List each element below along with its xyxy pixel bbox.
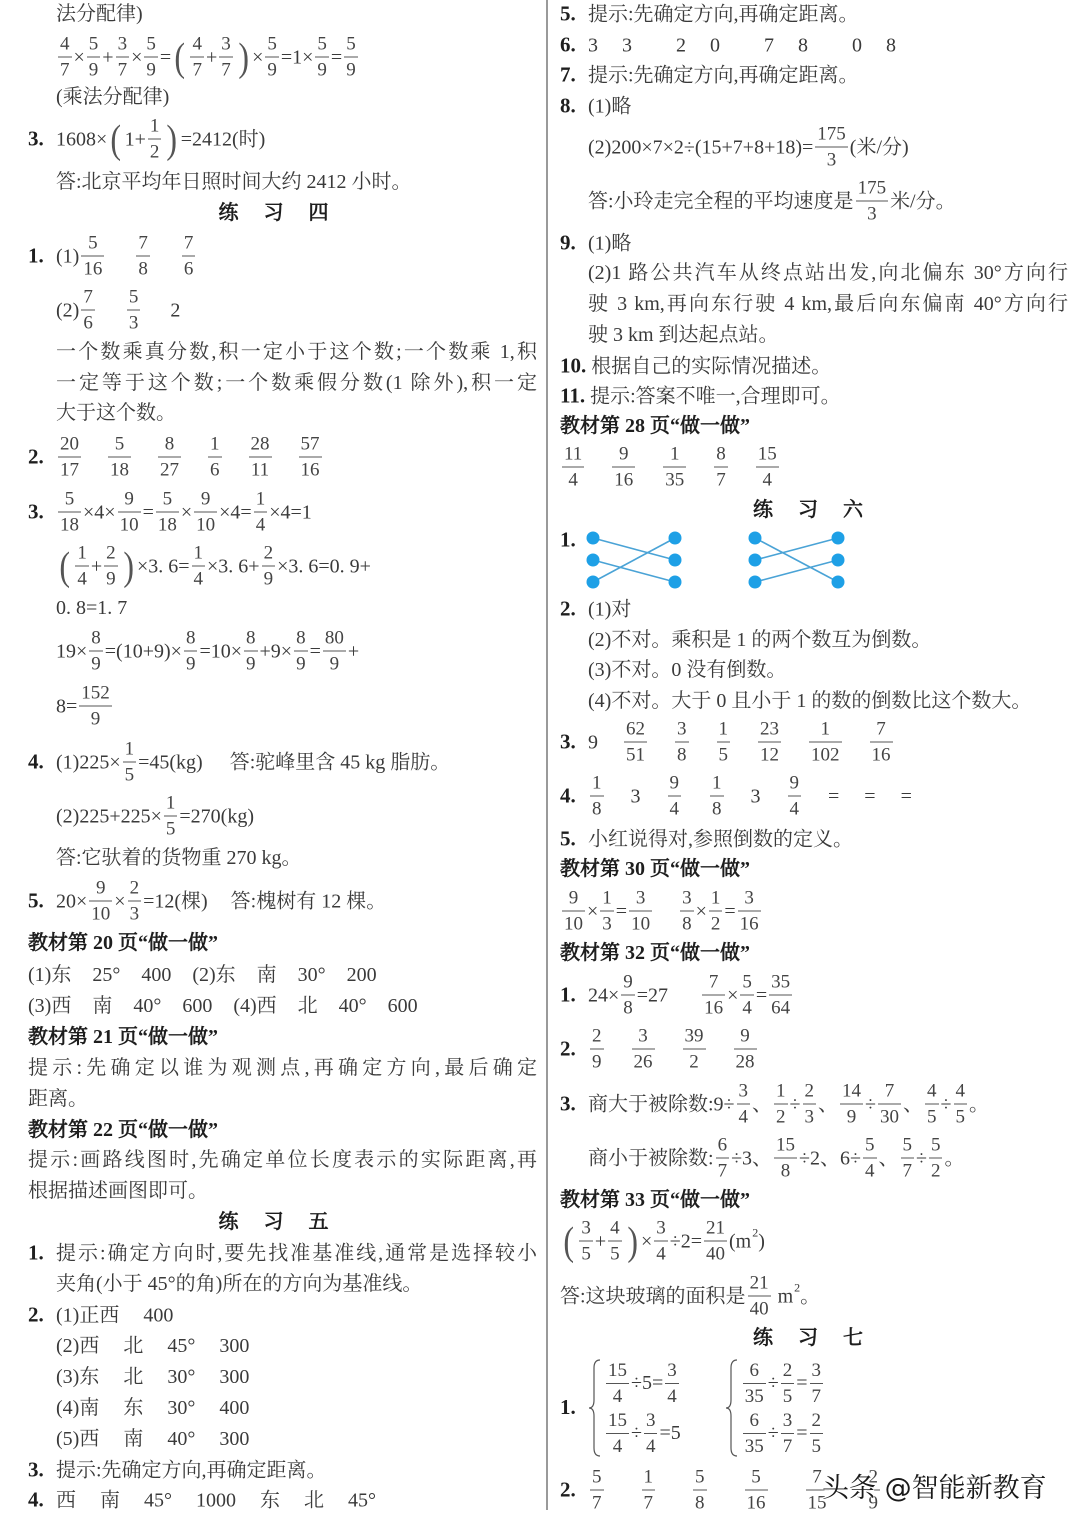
exercise-heading: 练 习 五 bbox=[219, 1210, 329, 1234]
text: ÷ bbox=[631, 1421, 642, 1445]
answer-item: 827 bbox=[156, 435, 183, 480]
text: 答:它驮着的货物重 270 kg。 bbox=[56, 846, 302, 870]
fraction: 58 bbox=[693, 1468, 707, 1513]
text: ÷3、 bbox=[731, 1146, 772, 1170]
numerator: 39 bbox=[683, 1027, 706, 1050]
denominator: 16 bbox=[745, 1491, 768, 1513]
answer-body: 8=1529 bbox=[56, 684, 114, 729]
answer-body: 答:它驮着的货物重 270 kg。 bbox=[56, 846, 302, 870]
denominator: 10 bbox=[562, 912, 585, 934]
item-number: 1. bbox=[560, 982, 588, 1007]
text: = bbox=[828, 784, 839, 808]
answer-body: 910×13=31038×12=316 bbox=[560, 889, 763, 934]
fraction: 89 bbox=[184, 629, 198, 674]
text: ÷2、6÷ bbox=[799, 1146, 861, 1170]
denominator: 40 bbox=[704, 1242, 727, 1264]
answer-line: (1)东25°400(2)东南30°200 bbox=[28, 963, 377, 987]
fraction: 516 bbox=[81, 234, 104, 279]
system-row: 635÷37=25 bbox=[741, 1410, 825, 1456]
numerator: 5 bbox=[929, 1136, 943, 1159]
fraction: 37 bbox=[810, 1361, 824, 1406]
text: 东 bbox=[123, 1396, 143, 1420]
text: 提示:先确定方向,再确定距离。 bbox=[588, 2, 859, 26]
numerator: 1 bbox=[709, 889, 723, 912]
answer-body: 距离。 bbox=[28, 1087, 88, 1111]
fraction: 154 bbox=[606, 1361, 629, 1406]
answer-item: 40° bbox=[133, 994, 161, 1018]
numerator: 7 bbox=[702, 973, 725, 996]
denominator: 35 bbox=[663, 468, 686, 490]
text: 北 bbox=[123, 1334, 143, 1358]
text: 答:这块玻璃的面积是 bbox=[560, 1284, 746, 1308]
text: 1+ bbox=[125, 127, 146, 151]
answer-body: (1)对 bbox=[588, 597, 631, 621]
answer-item: 24×98=27 bbox=[588, 973, 668, 1018]
match-dot bbox=[587, 576, 600, 589]
fraction: 635 bbox=[743, 1361, 766, 1406]
question-2: 2.(1)正西400 bbox=[28, 1302, 173, 1327]
answer-item: 夹角(小于 45°的角)所在的方向为基准线。 bbox=[56, 1272, 422, 1296]
numerator: 35 bbox=[769, 973, 792, 996]
text: = bbox=[143, 500, 154, 524]
answer-item: 400 bbox=[143, 1303, 173, 1327]
numerator: 2 bbox=[781, 1361, 795, 1384]
answer-item: 1608×(1+12)=2412(时) bbox=[56, 117, 265, 162]
fraction: 54 bbox=[740, 973, 754, 1018]
watermark: 头条 @智能新教育 bbox=[822, 1466, 1047, 1505]
answer-item: 0. 8=1. 7 bbox=[56, 596, 127, 620]
denominator: 2 bbox=[774, 1105, 788, 1127]
match-dot bbox=[669, 576, 682, 589]
denominator: 3 bbox=[856, 202, 889, 224]
answer-body: 1608×(1+12)=2412(时) bbox=[56, 117, 265, 162]
numerator: 1 bbox=[600, 889, 614, 912]
text: (4)西 bbox=[233, 994, 276, 1018]
text: (1)225× bbox=[56, 750, 121, 774]
answer-item: = bbox=[828, 784, 839, 808]
text: 400 bbox=[219, 1396, 249, 1420]
text: 7 8 bbox=[764, 33, 808, 57]
text: 提示:先确定方向,再确定距离。 bbox=[56, 1458, 327, 1482]
fraction: 13 bbox=[600, 889, 614, 934]
denominator: 9 bbox=[294, 652, 308, 674]
answer-item: 45° bbox=[348, 1488, 376, 1512]
text: 提示:先确定以谁为观测点,再确定方向,最后确定 bbox=[28, 1057, 537, 1079]
fraction: 47 bbox=[58, 35, 72, 80]
match-link bbox=[593, 560, 675, 582]
equation-line: 0. 8=1. 7 bbox=[56, 596, 127, 620]
matching-diagrams bbox=[580, 525, 860, 595]
answer-item: 南 bbox=[100, 1488, 120, 1512]
fraction: 716 bbox=[870, 720, 893, 765]
text: (2)200×7×2÷(15+7+8+18)= bbox=[588, 135, 813, 159]
text: m bbox=[773, 1284, 794, 1308]
answer-item: (1)225×15=45(kg) bbox=[56, 740, 203, 785]
text: 。 bbox=[944, 1146, 964, 1170]
item-number: 6. bbox=[560, 32, 588, 57]
answer-item: 2 0 bbox=[676, 33, 720, 57]
fraction: 53 bbox=[127, 288, 141, 333]
numerator: 15 bbox=[774, 1136, 797, 1159]
text: 19× bbox=[56, 639, 87, 663]
fraction: 1753 bbox=[856, 179, 889, 224]
numerator: 4 bbox=[608, 1219, 622, 1242]
text: × bbox=[587, 899, 598, 923]
fraction: 15 bbox=[164, 794, 178, 839]
fraction: 392 bbox=[683, 1027, 706, 1072]
fraction: 37 bbox=[219, 35, 233, 80]
fraction: 12 bbox=[709, 889, 723, 934]
text: 0. 8=1. 7 bbox=[56, 596, 127, 620]
answer-body: (1)225×15=45(kg)答:驼峰里含 45 kg 脂肪。 bbox=[56, 740, 450, 785]
equation-line: 8=1529 bbox=[56, 684, 114, 729]
denominator: 9 bbox=[244, 652, 258, 674]
text: 20× bbox=[56, 889, 87, 913]
numerator: 1 bbox=[774, 1082, 788, 1105]
match-dot bbox=[832, 532, 845, 545]
text: 400 bbox=[141, 963, 171, 987]
denominator: 16 bbox=[299, 458, 322, 480]
answer-item: 30° bbox=[298, 963, 326, 987]
equation-line: 47×59+37×59=(47+37)×59=1×59=59 bbox=[56, 35, 360, 80]
answer-item: 提示:画路线图时,先确定单位长度表示的实际距离,再 bbox=[28, 1149, 537, 1171]
text: ×3. 6+ bbox=[207, 554, 260, 578]
answer-item: 40° bbox=[339, 994, 367, 1018]
denominator: 6 bbox=[208, 458, 222, 480]
denominator: 35 bbox=[743, 1384, 766, 1406]
answer-item: (1)东 bbox=[28, 963, 71, 987]
denominator: 8 bbox=[710, 797, 724, 819]
item-number: 3. bbox=[28, 499, 56, 524]
denominator: 7 bbox=[810, 1384, 824, 1406]
text: = bbox=[796, 1371, 807, 1395]
text: 一个数乘真分数,积一定小于这个数;一个数乘 1,积 bbox=[56, 341, 537, 363]
text: 根据描述画图即可。 bbox=[28, 1179, 208, 1203]
superscript: 2 bbox=[752, 1226, 758, 1240]
numerator: 175 bbox=[815, 125, 848, 148]
text: 北 bbox=[123, 1365, 143, 1389]
answer-item: 提示:先确定方向,再确定距离。 bbox=[588, 63, 859, 87]
answer-item: 提示:先确定方向,再确定距离。 bbox=[588, 2, 859, 26]
denominator: 5 bbox=[123, 763, 137, 785]
text: 30° bbox=[298, 963, 326, 987]
answer-item: 根据描述画图即可。 bbox=[28, 1179, 208, 1203]
denominator: 8 bbox=[680, 912, 694, 934]
answer-item: 一定等于这个数;一个数乘假分数(1 除外),积一定 bbox=[56, 372, 537, 394]
question-8: 8.(1)略 bbox=[560, 93, 631, 118]
numerator: 152 bbox=[79, 684, 112, 707]
answer-item: 3 bbox=[631, 784, 641, 808]
text: ÷2= bbox=[670, 1229, 702, 1253]
denominator: 16 bbox=[870, 743, 893, 765]
fraction: 809 bbox=[323, 629, 346, 674]
numerator: 1 bbox=[710, 774, 724, 797]
denominator: 5 bbox=[717, 743, 731, 765]
answer-line: (3)不对。0 没有倒数。 bbox=[588, 658, 786, 682]
text: 、 bbox=[879, 1146, 899, 1170]
answer-body: 小红说得对,参照倒数的定义。 bbox=[588, 827, 853, 851]
answer-item: 北 bbox=[304, 1488, 324, 1512]
answer-item: (1)正西 bbox=[56, 1303, 119, 1327]
text: 0 8 bbox=[852, 33, 896, 57]
answer-item: 驶 3 km,再向东行驶 4 km,最后向东偏南 40°方向行 bbox=[588, 293, 1068, 315]
text: 北 bbox=[298, 994, 318, 1018]
denominator: 5 bbox=[954, 1105, 968, 1127]
section-title-p21: 教材第 21 页“做一做” bbox=[28, 1025, 218, 1049]
numerator: 9 bbox=[788, 774, 802, 797]
answer-item: 南 bbox=[123, 1427, 143, 1451]
text: ÷ bbox=[768, 1421, 779, 1445]
text: =270(kg) bbox=[179, 804, 254, 828]
fraction: 1102 bbox=[809, 720, 842, 765]
text: 300 bbox=[219, 1334, 249, 1358]
denominator: 40 bbox=[748, 1297, 771, 1319]
question-1: 1.24×98=27716×54=3564 bbox=[560, 973, 794, 1018]
numerator: 3 bbox=[629, 889, 652, 912]
text: × bbox=[74, 45, 85, 69]
question-3: 3.商大于被除数:9÷34、12÷23、149÷730、45÷45。 bbox=[560, 1082, 989, 1127]
denominator: 8 bbox=[621, 996, 635, 1018]
denominator: 28 bbox=[734, 1050, 757, 1072]
text: (1)略 bbox=[588, 231, 631, 255]
answer-item: (35+45)×34÷2=2140(m2) bbox=[560, 1219, 765, 1264]
section-title-p32: 教材第 32 页“做一做” bbox=[560, 941, 750, 965]
match-dot bbox=[587, 532, 600, 545]
text: 西 bbox=[56, 1488, 76, 1512]
system-rows: 154÷5=34154÷34=5 bbox=[604, 1360, 681, 1456]
denominator: 9 bbox=[79, 707, 112, 729]
fraction: 518 bbox=[58, 490, 81, 535]
denominator: 5 bbox=[781, 1384, 795, 1406]
numerator: 2 bbox=[590, 1027, 604, 1050]
text: = bbox=[901, 784, 912, 808]
question-2: 2.29326392928 bbox=[560, 1027, 759, 1072]
fraction: 12 bbox=[148, 117, 162, 162]
numerator: 4 bbox=[954, 1082, 968, 1105]
answer-item: 94 bbox=[786, 774, 804, 819]
fraction: 635 bbox=[743, 1411, 766, 1456]
fraction: 14 bbox=[75, 544, 89, 589]
fraction: 154 bbox=[606, 1411, 629, 1456]
answer-item: 商大于被除数:9÷34、12÷23、149÷730、45÷45。 bbox=[588, 1082, 989, 1127]
answer-item: 9 bbox=[588, 730, 598, 754]
text: 南 bbox=[100, 1488, 120, 1512]
brace-icon bbox=[588, 1358, 602, 1458]
item-number: 5. bbox=[560, 1, 588, 26]
answer-line: (3)西南40°600(4)西北40°600 bbox=[28, 994, 418, 1018]
denominator: 7 bbox=[590, 1491, 604, 1513]
denominator: 5 bbox=[164, 817, 178, 839]
denominator: 9 bbox=[344, 58, 358, 80]
denominator: 7 bbox=[642, 1491, 656, 1513]
denominator: 9 bbox=[144, 58, 158, 80]
item-number: 11. bbox=[560, 383, 590, 408]
denominator: 5 bbox=[579, 1242, 593, 1264]
match-link bbox=[593, 538, 675, 560]
exercise-5-heading: 练 习 五 bbox=[0, 1210, 547, 1234]
fraction: 15 bbox=[123, 740, 137, 785]
answer-line: (2)西北45°300 bbox=[56, 1334, 249, 1358]
numerator: 5 bbox=[740, 973, 754, 996]
answer-item: 根据自己的实际情况描述。 bbox=[591, 354, 831, 378]
item-number: 3. bbox=[28, 1457, 56, 1482]
answer-item: 北 bbox=[298, 994, 318, 1018]
answer-item: 916 bbox=[610, 445, 637, 490]
answer-body: 19×89=(10+9)×89=10×89+9×89=809+ bbox=[56, 629, 359, 674]
answer-body: 提示:答案不唯一,合理即可。 bbox=[590, 384, 841, 408]
denominator: 9 bbox=[87, 58, 101, 80]
fraction: 45 bbox=[608, 1219, 622, 1264]
numerator: 1 bbox=[717, 720, 731, 743]
answer-item: 驶 3 km 到达起点站。 bbox=[588, 323, 779, 347]
answer-line: 答:小玲走完全程的平均速度是1753米/分。 bbox=[588, 179, 956, 224]
answer-line: 11491613587154 bbox=[560, 445, 781, 490]
answer-item: 8=1529 bbox=[56, 684, 114, 729]
text: =2412(时) bbox=[181, 127, 266, 151]
numerator: 3 bbox=[644, 1411, 658, 1434]
match-dot bbox=[669, 532, 682, 545]
answer-body: 47×59+37×59=(47+37)×59=1×59=59 bbox=[56, 35, 360, 80]
denominator: 8 bbox=[774, 1159, 797, 1181]
denominator: 4 bbox=[606, 1434, 629, 1456]
fraction: 47 bbox=[190, 35, 204, 80]
answer-item: = bbox=[901, 784, 912, 808]
answer-item: 答:槐树有 12 棵。 bbox=[231, 889, 387, 913]
fraction: 516 bbox=[745, 1468, 768, 1513]
answer-body: 提示:先确定方向,再确定距离。 bbox=[588, 2, 859, 26]
text: × bbox=[696, 899, 707, 923]
question-7: 7.提示:先确定方向,再确定距离。 bbox=[560, 62, 859, 87]
fraction: 1753 bbox=[815, 125, 848, 170]
answer-line: 大于这个数。 bbox=[56, 401, 176, 425]
denominator: 9 bbox=[323, 652, 346, 674]
answer-item: 716×54=3564 bbox=[700, 973, 794, 1018]
denominator: 18 bbox=[58, 513, 81, 535]
equation-system: 635÷25=37635÷37=25 bbox=[725, 1358, 825, 1458]
answer-item: 392 bbox=[681, 1027, 708, 1072]
numerator: 5 bbox=[58, 490, 81, 513]
system-rows: 635÷25=37635÷37=25 bbox=[741, 1360, 825, 1456]
numerator: 2 bbox=[810, 1411, 824, 1434]
text: (5)西 bbox=[56, 1427, 99, 1451]
text: × bbox=[181, 500, 192, 524]
denominator: 7 bbox=[714, 468, 728, 490]
text: 商小于被除数: bbox=[588, 1146, 714, 1170]
equation-line: (35+45)×34÷2=2140(m2) bbox=[560, 1219, 765, 1264]
answer-item: 东 bbox=[123, 1396, 143, 1420]
fraction: 45 bbox=[925, 1082, 939, 1127]
fraction: 37 bbox=[781, 1411, 795, 1456]
answer-item: 提示:先确定方向,再确定距离。 bbox=[56, 1458, 327, 1482]
numerator: 9 bbox=[734, 1027, 757, 1050]
hint-line: 根据描述画图即可。 bbox=[28, 1179, 208, 1203]
text: 法分配律) bbox=[56, 2, 143, 26]
fraction: 2140 bbox=[748, 1274, 771, 1319]
fraction: 18 bbox=[590, 774, 604, 819]
fraction: 16 bbox=[208, 435, 222, 480]
fraction: 87 bbox=[714, 445, 728, 490]
answer-body: (5)西南40°300 bbox=[56, 1427, 249, 1451]
answer-item: 东 bbox=[260, 1488, 280, 1512]
text: + bbox=[91, 554, 102, 578]
numerator: 9 bbox=[621, 973, 635, 996]
text: 45° bbox=[348, 1488, 376, 1512]
numerator: 5 bbox=[344, 35, 358, 58]
denominator: 64 bbox=[769, 996, 792, 1018]
answer-item: 30° bbox=[167, 1365, 195, 1389]
numerator: 9 bbox=[668, 774, 682, 797]
denominator: 18 bbox=[108, 458, 131, 480]
item-number: 2. bbox=[28, 1302, 56, 1327]
text: (4)不对。大于 0 且小于 1 的数的倒数比这个数大。 bbox=[588, 689, 1031, 713]
answer-body: (1)正西400 bbox=[56, 1303, 173, 1327]
text: 300 bbox=[219, 1365, 249, 1389]
numerator: 5 bbox=[590, 1468, 604, 1491]
numerator: 9 bbox=[118, 490, 141, 513]
text: 400 bbox=[143, 1303, 173, 1327]
question-5: 5.20×910×23=12(棵)答:槐树有 12 棵。 bbox=[28, 879, 386, 924]
numerator: 5 bbox=[693, 1468, 707, 1491]
answer-body: (2)225+225×15=270(kg) bbox=[56, 794, 254, 839]
item-number: 7. bbox=[560, 62, 588, 87]
denominator: 2 bbox=[148, 140, 162, 162]
denominator: 5 bbox=[810, 1434, 824, 1456]
numerator: 5 bbox=[108, 435, 131, 458]
large-parenthesis: ) bbox=[627, 1221, 638, 1261]
item-number: 4. bbox=[28, 1487, 56, 1512]
answer-item: 154 bbox=[754, 445, 781, 490]
item-number: 1. bbox=[28, 243, 56, 268]
text: 大于这个数。 bbox=[56, 401, 176, 425]
denominator: 7 bbox=[116, 58, 130, 80]
question-3: 3.96251381523121102716 bbox=[560, 720, 895, 765]
text: 驶 3 km 到达起点站。 bbox=[588, 323, 779, 347]
fraction: 135 bbox=[663, 445, 686, 490]
answer-item: 400 bbox=[219, 1396, 249, 1420]
equation-system: 154÷5=34154÷34=5 bbox=[588, 1358, 681, 1458]
large-parenthesis: ) bbox=[123, 546, 134, 586]
text: + bbox=[595, 1229, 606, 1253]
text: + bbox=[102, 45, 113, 69]
answer-item: 19×89=(10+9)×89=10×89+9×89=809+ bbox=[56, 629, 359, 674]
denominator: 4 bbox=[756, 468, 779, 490]
answer-item: 2017 bbox=[56, 435, 83, 480]
numerator: 1 bbox=[208, 435, 222, 458]
text: ×3. 6= bbox=[137, 554, 190, 578]
equation-line: 19×89=(10+9)×89=10×89+9×89=809+ bbox=[56, 629, 359, 674]
denominator: 12 bbox=[758, 743, 781, 765]
text: =1× bbox=[281, 45, 314, 69]
numerator: 5 bbox=[87, 35, 101, 58]
answer-body: 11491613587154 bbox=[560, 445, 781, 490]
answer-item: (4)不对。大于 0 且小于 1 的数的倒数比这个数大。 bbox=[588, 689, 1031, 713]
match-dot bbox=[832, 576, 845, 589]
fraction: 76 bbox=[81, 288, 95, 333]
answer-body: 20×910×23=12(棵)答:槐树有 12 棵。 bbox=[56, 879, 386, 924]
text: 2 bbox=[170, 298, 180, 322]
text: 、 bbox=[752, 1092, 772, 1116]
fraction: 38 bbox=[680, 889, 694, 934]
text: (3)东 bbox=[56, 1365, 99, 1389]
answer-item: 6251 bbox=[622, 720, 649, 765]
denominator: 9 bbox=[262, 567, 276, 589]
text: 小红说得对,参照倒数的定义。 bbox=[588, 827, 853, 851]
answer-item: 答:它驮着的货物重 270 kg。 bbox=[56, 846, 302, 870]
fraction: 716 bbox=[702, 973, 725, 1018]
numerator: 5 bbox=[265, 35, 279, 58]
numerator: 8 bbox=[714, 445, 728, 468]
answer-item: 答:这块玻璃的面积是2140 m2。 bbox=[560, 1274, 820, 1319]
